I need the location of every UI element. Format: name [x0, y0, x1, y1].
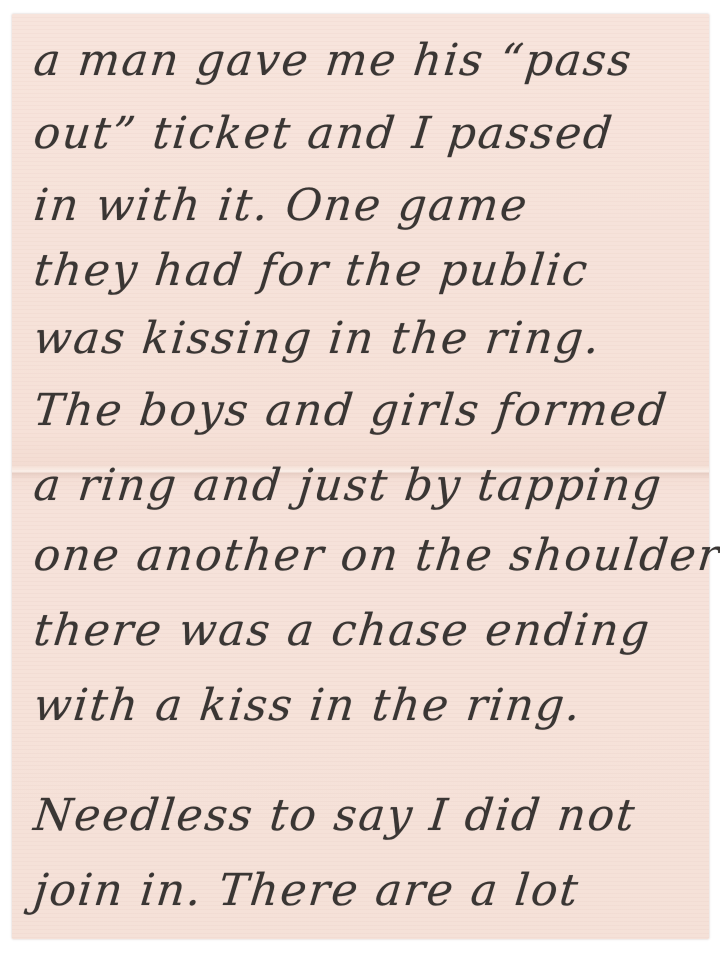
handwritten-line: in with it. One game — [31, 180, 531, 231]
handwritten-line: there was a chase ending — [31, 605, 653, 656]
handwritten-line: they had for the public — [31, 245, 591, 296]
handwritten-line: one another on the shoulder — [31, 530, 720, 581]
handwritten-line: a ring and just by tapping — [31, 460, 665, 511]
handwritten-line: with a kiss in the ring. — [31, 680, 584, 731]
handwritten-line: a man gave me his “pass — [31, 35, 635, 86]
handwritten-line: out” ticket and I passed — [31, 108, 616, 159]
handwritten-line: join in. There are a lot — [31, 865, 582, 916]
handwritten-line: was kissing in the ring. — [31, 313, 603, 364]
handwritten-line: The boys and girls formed — [31, 385, 671, 436]
handwritten-line: Needless to say I did not — [31, 790, 638, 841]
